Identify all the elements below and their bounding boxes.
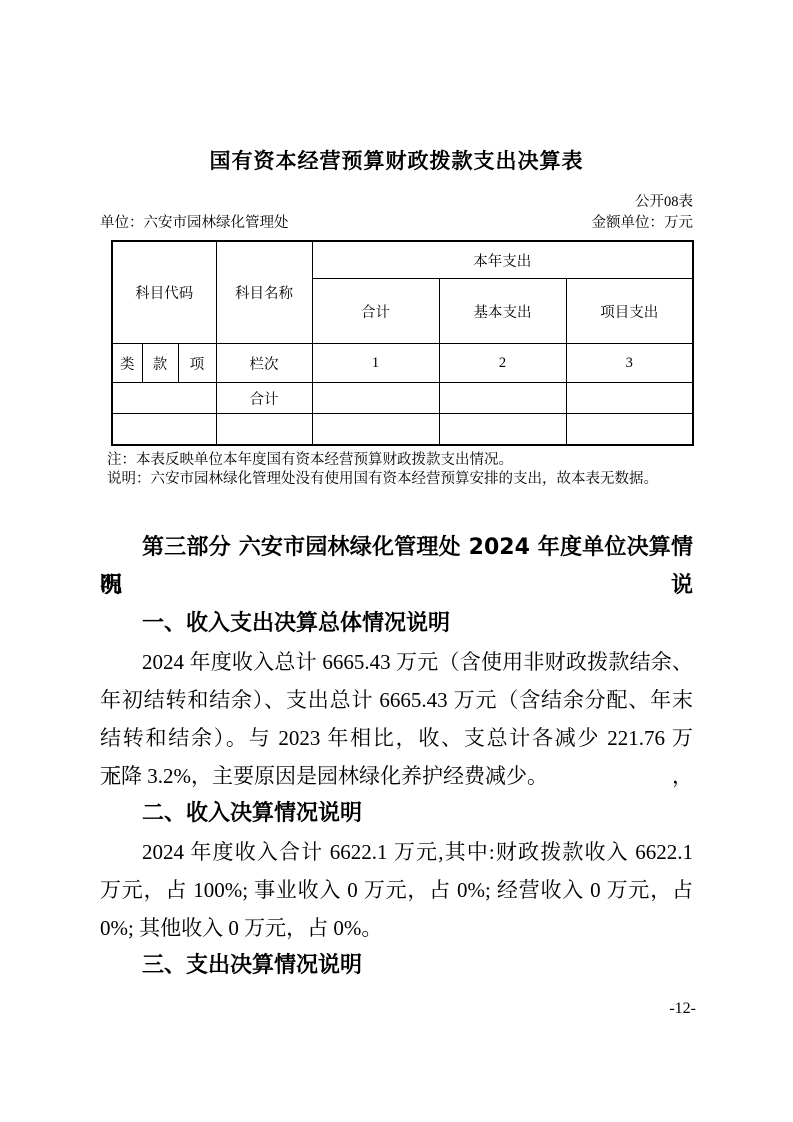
- unit-label: 单位：六安市园林绿化管理处: [100, 214, 289, 232]
- row-code-cell: [112, 414, 216, 446]
- row-total-cell: [312, 414, 439, 446]
- section1-paragraph-line: 结转和结余）。与 2023 年相比，收、支总计各减少 221.76 万元，: [100, 719, 693, 757]
- note-line: 注：本表反映单位本年度国有资本经营预算财政拨款支出情况。: [107, 451, 698, 470]
- row-basic-cell: [439, 383, 566, 414]
- row-project-cell: [566, 414, 693, 446]
- amount-unit-label: 金额单位：万元: [592, 214, 694, 232]
- section3-heading: 三、支出决算情况说明: [100, 947, 693, 985]
- row-name-cell: [216, 414, 312, 446]
- section1-heading: 一、收入支出决算总体情况说明: [100, 605, 693, 643]
- rank-total: 1: [312, 344, 439, 383]
- rank-project: 3: [566, 344, 693, 383]
- note-line: 说明：六安市园林绿化管理处没有使用国有资本经营预算安排的支出，故本表无数据。: [107, 470, 698, 489]
- section1-paragraph-line: 2024 年度收入总计 6665.43 万元（含使用非财政拨款结余、: [100, 643, 693, 681]
- row-basic-cell: [439, 414, 566, 446]
- section1-paragraph-line: 年初结转和结余）、支出总计 6665.43 万元（含结余分配、年末: [100, 681, 693, 719]
- part3-heading-line1: 第三部分 六安市园林绿化管理处 2024 年度单位决算情况说: [100, 529, 693, 567]
- header-year-expenditure: 本年支出: [312, 241, 693, 279]
- row-total-cell: [312, 383, 439, 414]
- table-rank-row: 类 款 项 栏次 1 2 3: [112, 344, 693, 383]
- form-code-label: 公开08表: [0, 193, 793, 211]
- narrative-text: 第三部分 六安市园林绿化管理处 2024 年度单位决算情况说 明 一、收入支出决…: [100, 529, 693, 985]
- section2-paragraph-line: 万元，占 100%; 事业收入 0 万元，占 0%; 经营收入 0 万元，占: [100, 871, 693, 909]
- header-subject-code: 科目代码: [112, 241, 216, 344]
- section2-heading: 二、收入决算情况说明: [100, 795, 693, 833]
- table-header-row-1: 科目代码 科目名称 本年支出: [112, 241, 693, 279]
- table-title: 国有资本经营预算财政拨款支出决算表: [0, 147, 793, 175]
- rank-label: 栏次: [216, 344, 312, 383]
- header-basic-expenditure: 基本支出: [439, 279, 566, 344]
- section2-paragraph-line: 2024 年度收入合计 6622.1 万元,其中:财政拨款收入 6622.1: [100, 833, 693, 871]
- expenditure-table: 科目代码 科目名称 本年支出 合计 基本支出 项目支出 类 款 项 栏次 1 2…: [111, 240, 694, 446]
- page-number: -12-: [0, 999, 793, 1019]
- row-code-cell: [112, 383, 216, 414]
- table-meta-row: 单位：六安市园林绿化管理处 金额单位：万元: [100, 214, 693, 232]
- row-project-cell: [566, 383, 693, 414]
- header-section: 款: [142, 344, 178, 383]
- header-project-expenditure: 项目支出: [566, 279, 693, 344]
- header-class: 类: [112, 344, 142, 383]
- table-notes: 注：本表反映单位本年度国有资本经营预算财政拨款支出情况。 说明：六安市园林绿化管…: [107, 451, 698, 489]
- section2-paragraph-line: 0%; 其他收入 0 万元，占 0%。: [100, 909, 693, 947]
- header-subject-name: 科目名称: [216, 241, 312, 344]
- table-row: [112, 414, 693, 446]
- row-name-cell: 合计: [216, 383, 312, 414]
- rank-basic: 2: [439, 344, 566, 383]
- document-page: 国有资本经营预算财政拨款支出决算表 公开08表 单位：六安市园林绿化管理处 金额…: [0, 0, 793, 1122]
- header-item: 项: [178, 344, 216, 383]
- header-total: 合计: [312, 279, 439, 344]
- table-row: 合计: [112, 383, 693, 414]
